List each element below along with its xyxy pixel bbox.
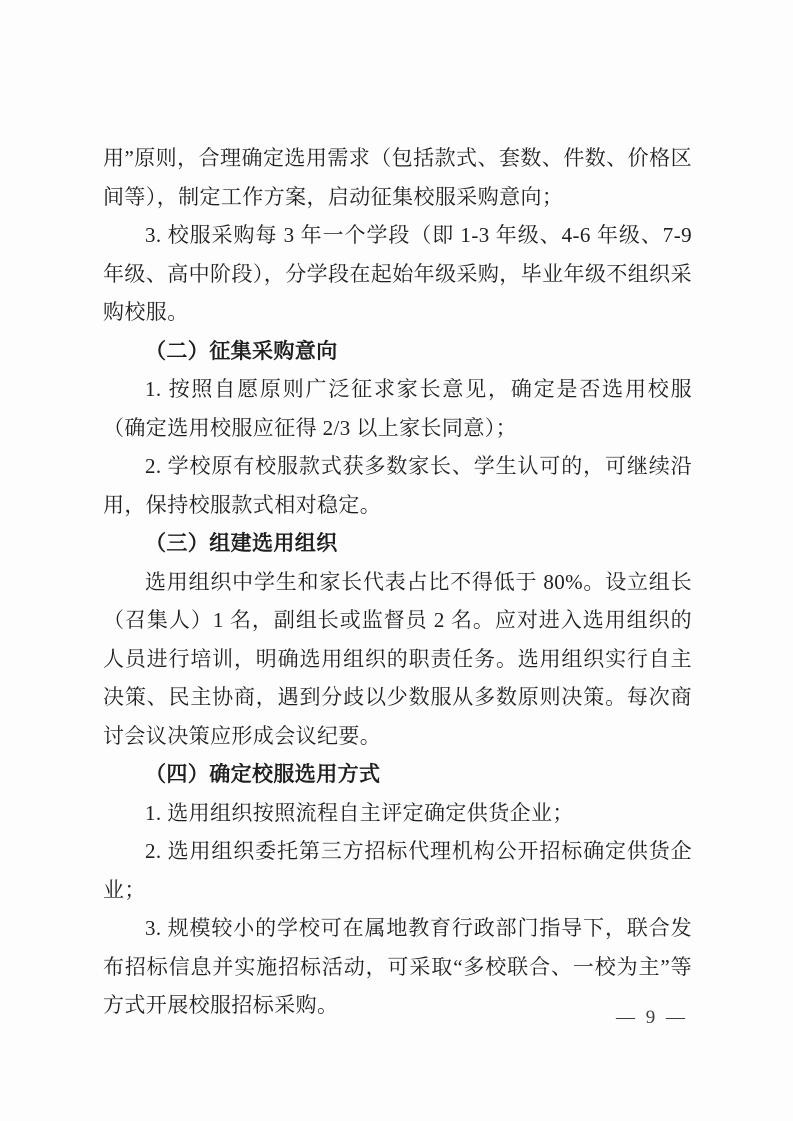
paragraph: 用”原则，合理确定选用需求（包括款式、套数、件数、价格区间等），制定工作方案，启… <box>103 139 692 216</box>
section-heading: （二）征集采购意向 <box>103 332 692 371</box>
paragraph: 1. 选用组织按照流程自主评定确定供货企业； <box>103 794 692 833</box>
paragraph: 3. 规模较小的学校可在属地教育行政部门指导下，联合发布招标信息并实施招标活动，… <box>103 909 692 1025</box>
paragraph: 1. 按照自愿原则广泛征求家长意见，确定是否选用校服（确定选用校服应征得 2/3… <box>103 370 692 447</box>
paragraph: 3. 校服采购每 3 年一个学段（即 1-3 年级、4-6 年级、7-9 年级、… <box>103 216 692 332</box>
page-number: — 9 — <box>616 1007 688 1029</box>
paragraph: 2. 学校原有校服款式获多数家长、学生认可的，可继续沿用，保持校服款式相对稳定。 <box>103 447 692 524</box>
paragraph: 选用组织中学生和家长代表占比不得低于 80%。设立组长（召集人）1 名，副组长或… <box>103 563 692 756</box>
section-heading: （四）确定校服选用方式 <box>103 755 692 794</box>
document-body: 用”原则，合理确定选用需求（包括款式、套数、件数、价格区间等），制定工作方案，启… <box>103 139 692 1025</box>
section-heading: （三）组建选用组织 <box>103 524 692 563</box>
document-page: 用”原则，合理确定选用需求（包括款式、套数、件数、价格区间等），制定工作方案，启… <box>0 0 793 1121</box>
paragraph: 2. 选用组织委托第三方招标代理机构公开招标确定供货企业； <box>103 832 692 909</box>
